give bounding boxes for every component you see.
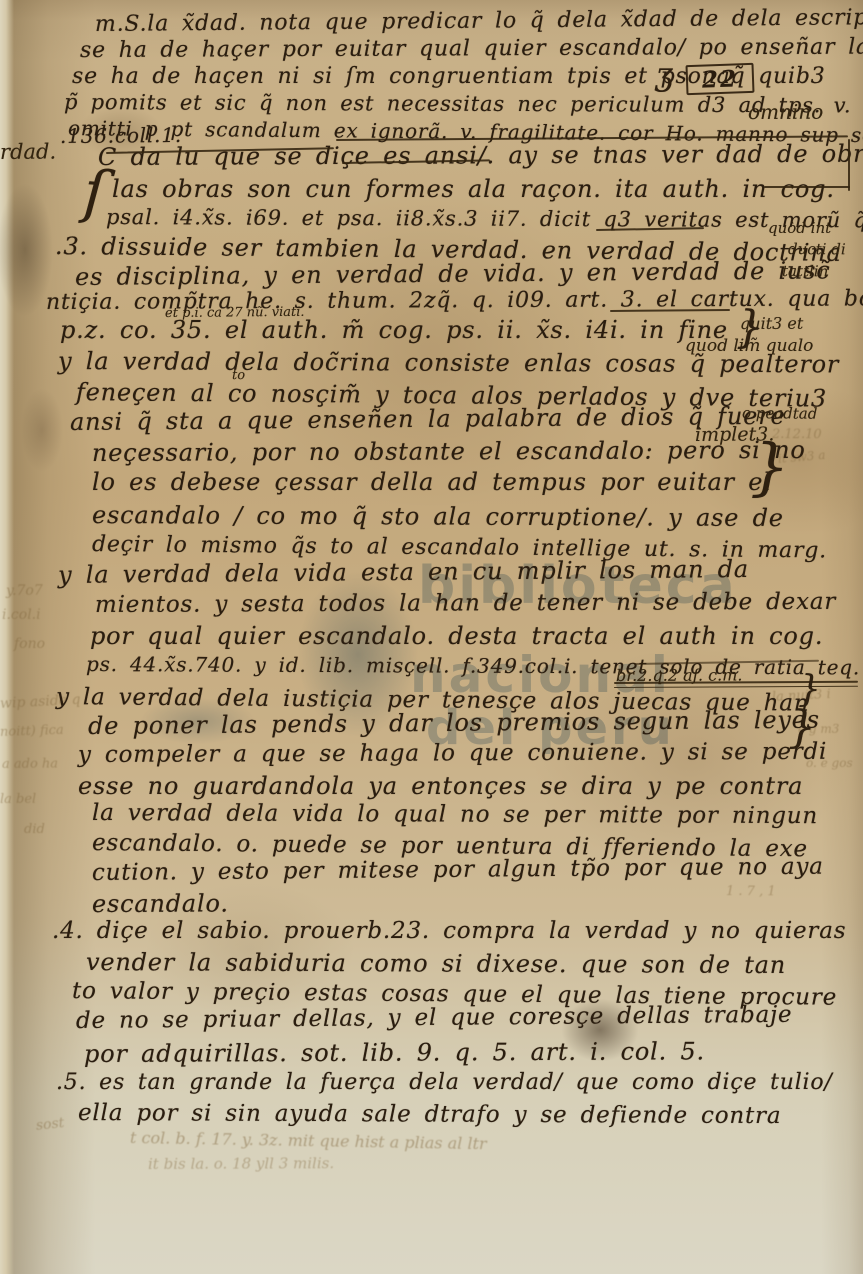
bleedthrough-text: i.col.i [2,607,41,623]
manuscript-page: 22 bibliotecanacionaldel peru y.7o7i.col… [0,0,863,1274]
margin-note: tattlin [782,262,828,280]
margin-note: ducti di [788,240,846,258]
ink-stroke [764,186,850,188]
bleedthrough-text: la bel [0,792,36,807]
brace-glyph: ſ [82,162,107,221]
text-line: mientos. y sesta todos la han de tener n… [95,589,836,618]
text-line: C da lu que se diçe es ansi/. ay se tnas… [98,139,863,171]
bleedthrough-text: sost [35,1115,65,1134]
text-line: .4. diçe el sabio. prouerb.23. compra la… [52,918,846,944]
bleedthrough-text: fono [14,636,45,652]
text-line: la verdad dela vida lo qual no se per mi… [92,800,818,829]
text-line: p̃ pomits et sic q̃ non est necessitas n… [64,90,851,117]
margin-note: et p.i. ca 27 nũ. viati. [165,305,305,321]
margin-note: to [232,368,245,383]
text-line: m.S.la x̃dad. nota que predicar lo q̃ de… [95,4,863,37]
text-line: ps. 44.x̃s.740. y id. lib. misçell. f.34… [86,652,863,680]
bleedthrough-text: 1 . 7 , 1 [726,884,776,899]
text-line: ansi q̃ sta a que enseñen la palabra de … [70,402,786,436]
text-line: las obras son cun formes ala raçon. ita … [112,175,835,203]
text-line: y la verdad dela vida esta en cu mplir l… [58,555,749,589]
text-line: escandalo. [92,889,229,918]
bleedthrough-text: it bis la. o. 18 yll 3 milis. [148,1154,334,1173]
brace-glyph: ʒ [655,58,673,90]
text-line: escandalo / co mo q̃ sto ala corruptione… [92,501,784,532]
text-line: de no se priuar dellas, y el que coresçe… [76,1002,793,1034]
text-line: psal. i4.x̃s. i69. et psa. ii8.x̃s.3 ii7… [106,205,863,233]
text-line: esse no guardandola ya entonçes se dira … [78,772,803,800]
text-line: se ha de haçen ni si ſm congruentiam tpi… [72,64,826,89]
text-line: ella por si sin ayuda sale dtrafo y se d… [78,1100,781,1129]
brace-glyph: } [788,706,816,750]
margin-note: omnino [748,100,823,124]
text-line: .5. es tan grande la fuerça dela verdad/… [56,1070,833,1095]
text-line: p.z. co. 35. el auth. m̃ cog. ps. ii. x̃… [60,316,728,344]
margin-note: o peadtad [742,404,818,423]
text-line: por qual quier escandalo. desta tracta e… [90,622,823,650]
margin-note: quòd int [768,219,831,237]
text-line: lo es debese çessar della ad tempus por … [92,468,772,496]
bleedthrough-text: noitt) fica [0,723,64,740]
margin-note: rdad. [0,140,56,164]
text-line: es disciplina, y en verdad de vida. y en… [75,256,831,291]
text-line: se ha de haçer por euitar qual quier esc… [80,34,863,63]
brace-glyph: } [750,436,789,498]
text-line: vender la sabiduria como si dixese. que … [86,948,786,979]
text-line: por adquirillas. sot. lib. 9. q. 5. art.… [84,1037,705,1068]
brace-glyph: } [736,306,764,350]
bleedthrough-text: did [24,822,45,837]
bleedthrough-text: a ado ha [2,757,58,772]
text-line: de poner las pends y dar los premios seg… [88,706,820,740]
text-line: cution. y esto per mitese por algun tp̃o… [92,854,824,886]
bleedthrough-text: t col. b. f. 17. y. 3z. mit que hist a p… [130,1128,487,1153]
text-line: y compeler a que se haga lo que conuiene… [78,739,827,768]
bleedthrough-text: y.7o7 [6,583,43,599]
